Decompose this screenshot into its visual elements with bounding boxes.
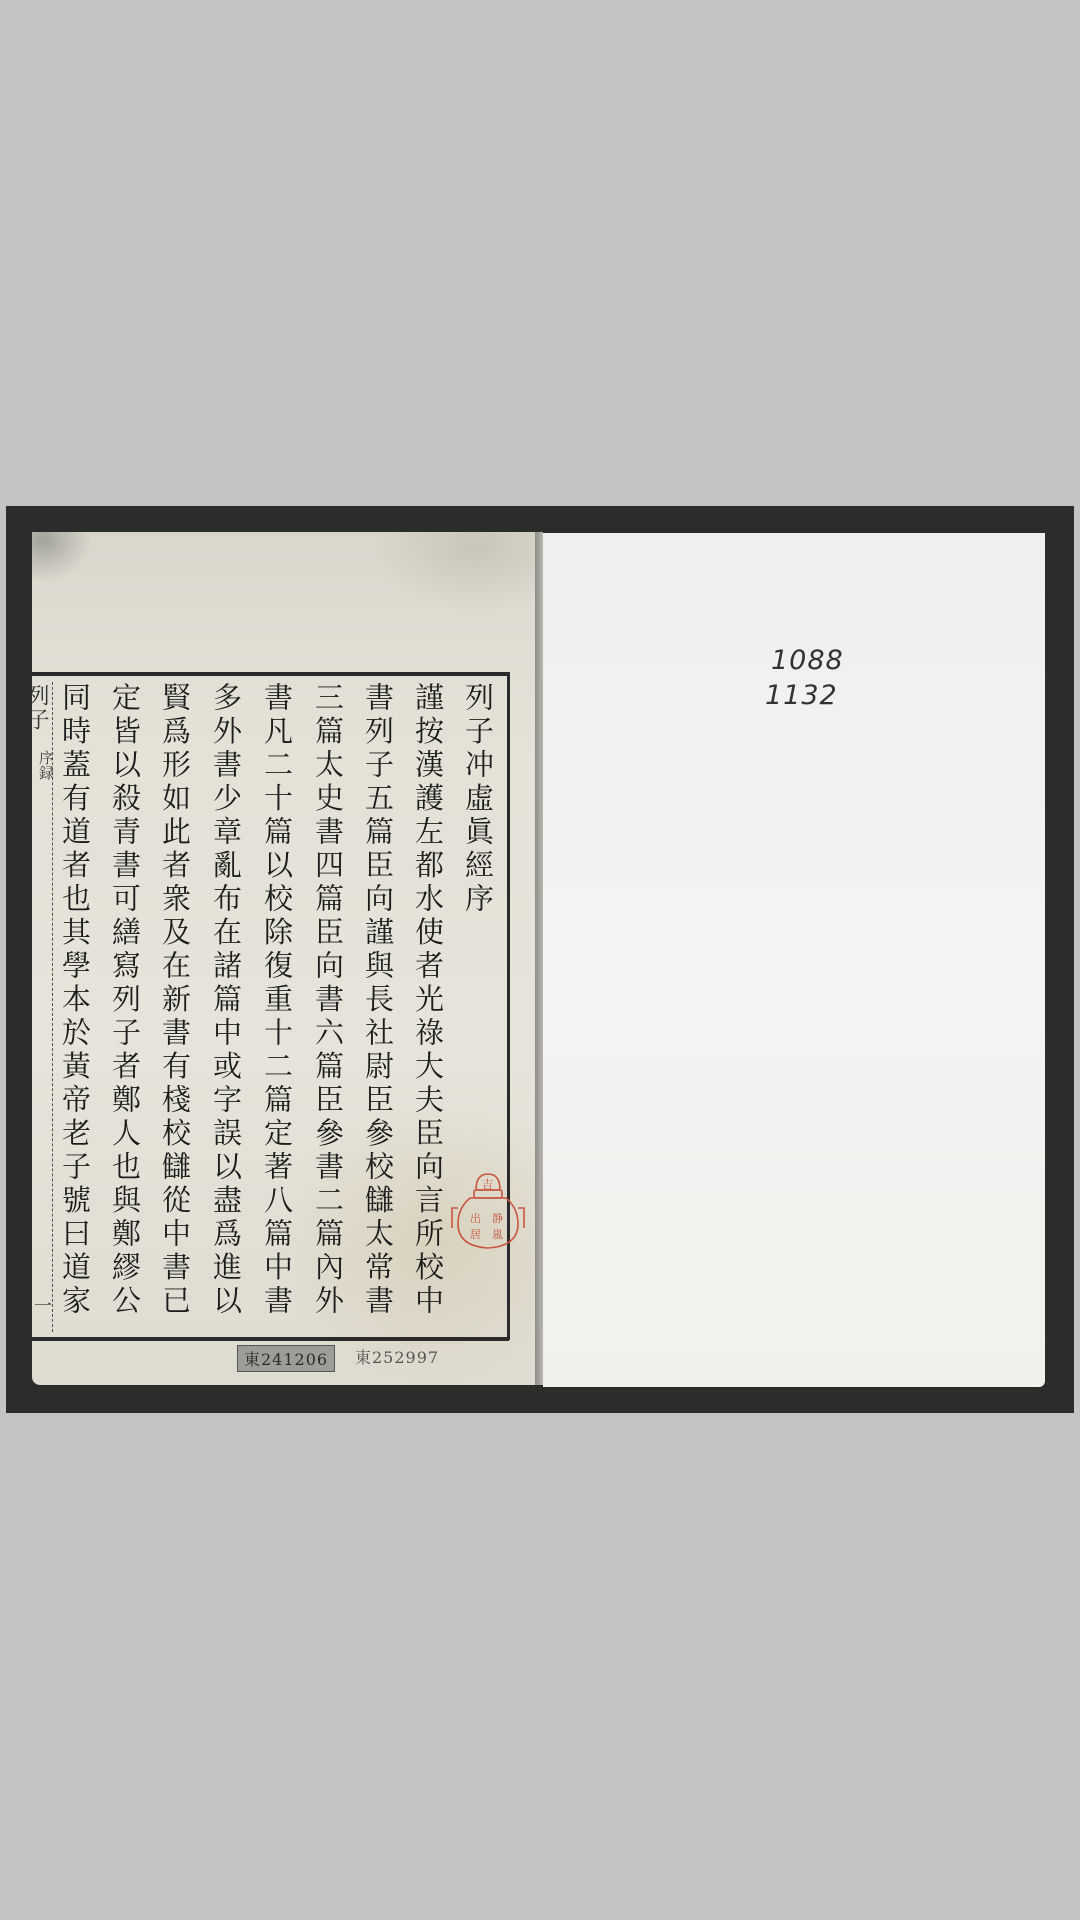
text-column-3: 三篇太史書四篇臣向書六篇臣參書二篇內外 [308, 682, 348, 1319]
text-column-5: 多外書少章亂布在諸篇中或字誤以盡爲進以 [206, 682, 246, 1319]
text-column-1: 謹按漢護左都水使者光祿大夫臣向言所校中 [408, 682, 448, 1319]
text-column-4: 書凡二十篇以校除復重十二篇定著八篇中書 [257, 682, 297, 1319]
fold-section-label: 序 [37, 750, 55, 765]
left-page: 列子 序録 一 列子冲虛眞經序 謹按漢護左都水使者光祿大夫臣向言所校中 書列子五… [32, 532, 535, 1385]
svg-text:嵐: 嵐 [492, 1227, 503, 1241]
library-stamp-boxed: 東241206 [237, 1345, 335, 1372]
fold-sub-label: 録 [37, 765, 55, 780]
handwritten-note-1: 1088 [771, 645, 844, 676]
seal-char-top: 吉 [482, 1177, 493, 1191]
water-stain [372, 532, 535, 612]
svg-text:出: 出 [470, 1211, 481, 1225]
text-column-7: 定皆以殺青書可繕寫列子者鄭人也與鄭繆公 [105, 682, 145, 1319]
water-stain [32, 532, 92, 582]
text-column-8: 同時蓋有道者也其學本於黃帝老子號曰道家 [55, 682, 95, 1319]
svg-text:居: 居 [470, 1228, 481, 1241]
fold-column-section: 序録 [36, 750, 57, 780]
print-frame-top-border [32, 672, 510, 676]
print-frame-bottom-border [32, 1337, 509, 1341]
handwritten-note-2: 1132 [765, 680, 838, 711]
fold-page-number: 一 [34, 1292, 52, 1318]
book-gutter [535, 532, 543, 1385]
red-seal-vase-icon: 吉 静 嵐 出 居 [450, 1168, 526, 1250]
title-column: 列子冲虛眞經序 [458, 682, 498, 917]
svg-text:静: 静 [492, 1211, 503, 1225]
library-stamp-plain: 東252997 [355, 1345, 439, 1368]
text-column-2: 書列子五篇臣向謹與長社尉臣參校讎太常書 [358, 682, 398, 1319]
right-page: 1088 1132 [543, 533, 1045, 1387]
text-column-6: 賢爲形如此者衆及在新書有棧校讎從中書已 [155, 682, 195, 1319]
fold-column-title: 列子 [32, 684, 52, 732]
